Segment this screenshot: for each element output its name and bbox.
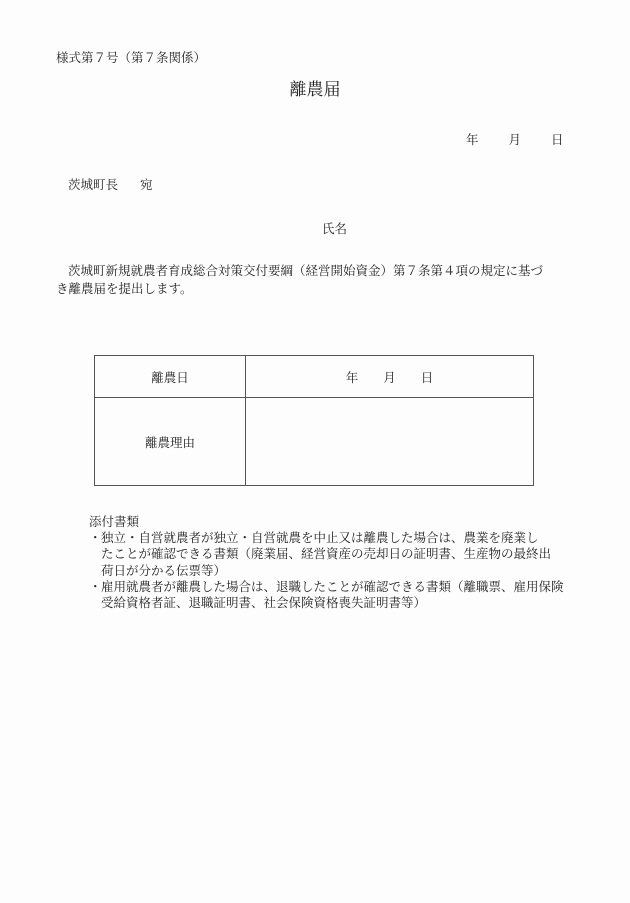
attachments-heading: 添付書類 (89, 514, 564, 530)
date-day-label: 日 (551, 132, 564, 148)
withdrawal-date-field[interactable]: 年 月 日 (246, 356, 534, 398)
addressee: 茨城町長宛 (68, 177, 153, 193)
attachment-item-2: ・ 雇用就農者が離農した場合は、退職したことが確認できる書類（離職票、雇用保険 … (89, 579, 564, 611)
bullet-icon: ・ (89, 579, 102, 595)
body-text: 茨城町新規就農者育成総合対策交付要綱（経営開始資金）第７条第４項の規定に基づき離… (56, 262, 548, 298)
bullet-icon: ・ (89, 530, 102, 546)
attachment-line: 受給資格者証、退職証明書、社会保険資格喪失証明書等） (101, 595, 564, 611)
applicant-name-label: 氏名 (322, 221, 347, 237)
withdrawal-table: 離農日 年 月 日 離農理由 (94, 355, 534, 486)
withdrawal-reason-field[interactable] (246, 398, 534, 486)
addressee-name: 茨城町長 (68, 177, 118, 192)
table-row-withdrawal-reason: 離農理由 (95, 398, 534, 486)
attachments-section: 添付書類 ・ 独立・自営就農者が独立・自営就農を中止又は離農した場合は、農業を廃… (89, 514, 564, 611)
body-line-1: 茨城町新規就農者育成総合対策交付要綱（経営開始資金）第７条第４項の規定に基 (68, 263, 531, 278)
addressee-honorific: 宛 (140, 177, 153, 192)
date-month-label: 月 (509, 132, 522, 148)
withdrawal-date-label: 離農日 (95, 356, 246, 398)
attachment-line: 独立・自営就農者が独立・自営就農を中止又は離農した場合は、農業を廃業し (101, 530, 564, 546)
withdrawal-reason-label: 離農理由 (95, 398, 246, 486)
table-row-withdrawal-date: 離農日 年 月 日 (95, 356, 534, 398)
attachment-item-1: ・ 独立・自営就農者が独立・自営就農を中止又は離農した場合は、農業を廃業し たこ… (89, 530, 564, 579)
attachment-line: たことが確認できる書類（廃業届、経営資産の売却日の証明書、生産物の最終出 (101, 546, 564, 562)
document-title: 離農届 (0, 79, 630, 101)
form-number: 様式第７号（第７条関係） (56, 50, 206, 66)
attachment-line: 雇用就農者が離農した場合は、退職したことが確認できる書類（離職票、雇用保険 (101, 579, 564, 595)
date-year-label: 年 (466, 132, 479, 148)
attachment-line: 荷日が分かる伝票等） (101, 563, 564, 579)
submission-date: 年月日 (466, 132, 564, 148)
